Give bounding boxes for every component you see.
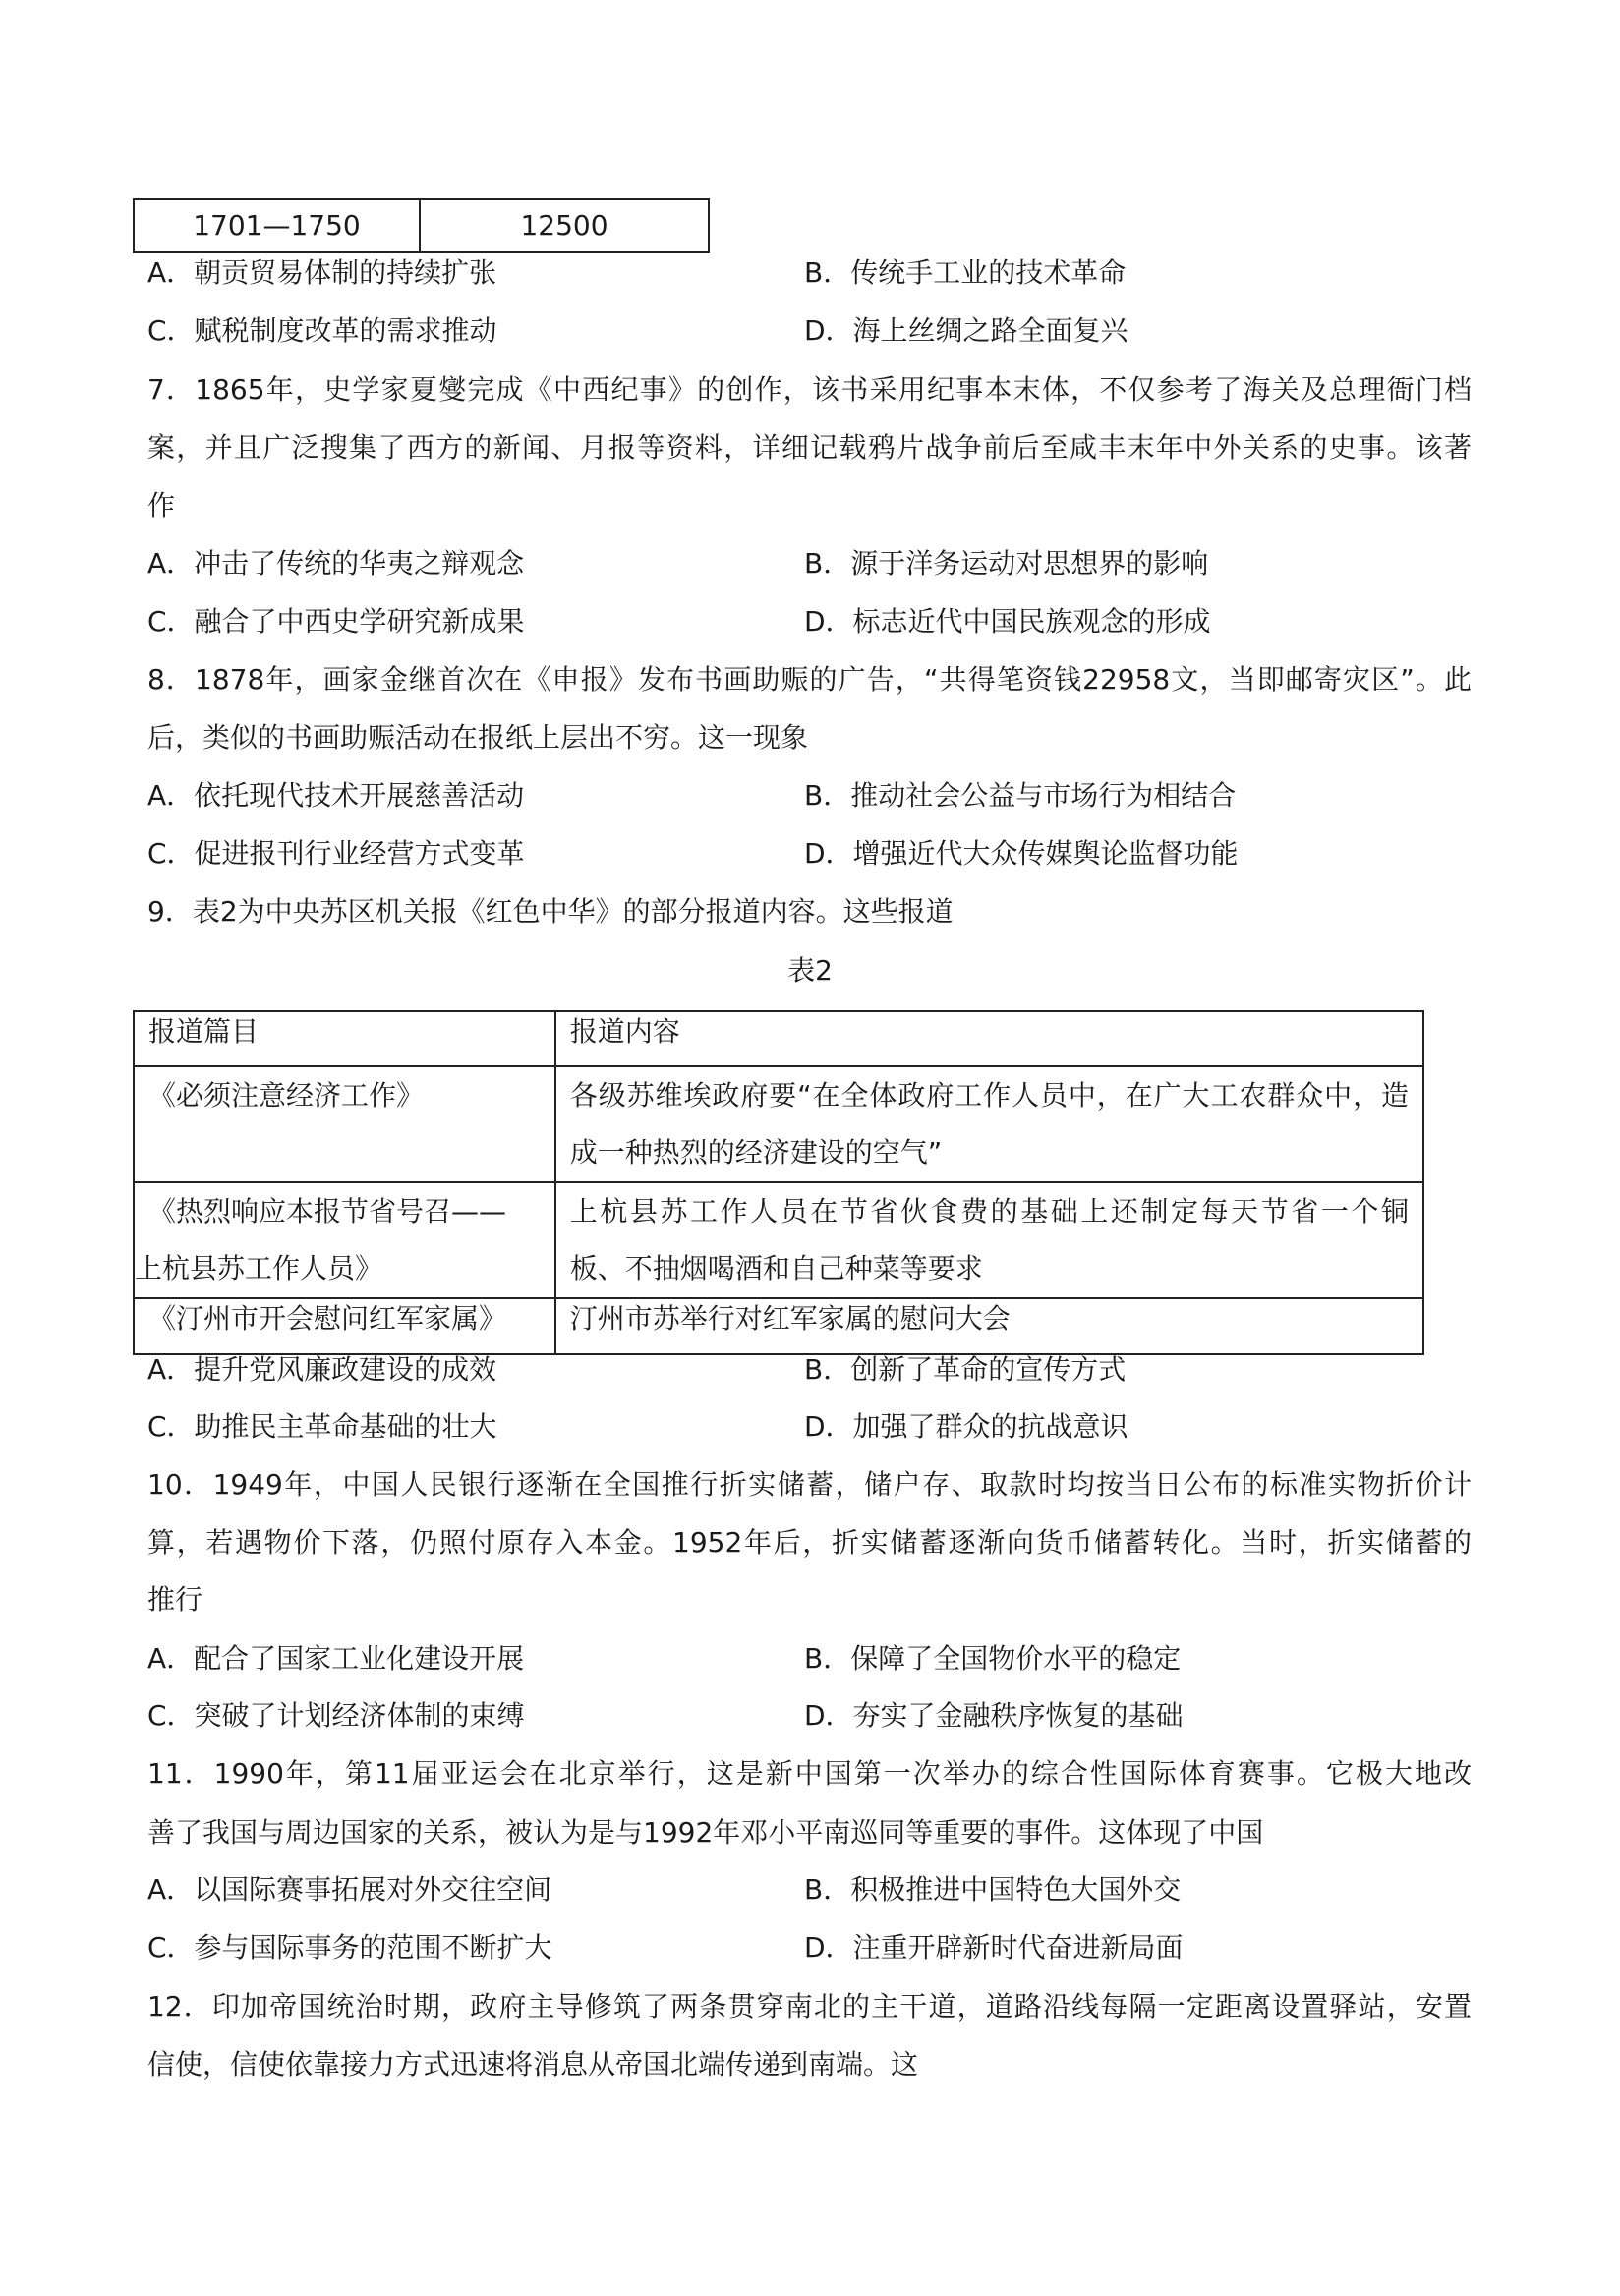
table-cell-title: 《汀州市开会慰问红军家属》 xyxy=(134,1298,555,1354)
q10-option-d: D．夯实了金融秩序恢复的基础 xyxy=(804,1696,1184,1736)
q6-option-d: D．海上丝绸之路全面复兴 xyxy=(804,312,1128,351)
q7-option-c: C．融合了中西史学研究新成果 xyxy=(147,603,525,642)
q7-stem-line-2: 案，并且广泛搜集了西方的新闻、月报等资料，详细记载鸦片战争前后至咸丰末年中外关系… xyxy=(147,429,1472,468)
q10-stem-line-1: 10．1949年，中国人民银行逐渐在全国推行折实储蓄，储户存、取款时均按当日公布… xyxy=(147,1465,1472,1505)
table-2: 报道篇目 报道内容 《必须注意经济工作》 各级苏维埃政府要“在全体政府工作人员中… xyxy=(133,1010,1424,1355)
cell-line: 上杭县苏工作人员》 xyxy=(135,1240,541,1297)
q7-option-d: D．标志近代中国民族观念的形成 xyxy=(804,603,1211,642)
q9-option-c: C．助推民主革命基础的壮大 xyxy=(147,1407,497,1447)
q8-stem-line-2: 后，类似的书画助赈活动在报纸上层出不穷。这一现象 xyxy=(147,718,808,758)
q8-option-c: C．促进报刊行业经营方式变革 xyxy=(147,834,525,874)
cell-line: 《热烈响应本报节省号召—— xyxy=(148,1183,541,1240)
table-header-content: 报道内容 xyxy=(555,1011,1423,1066)
q8-option-a: A．依托现代技术开展慈善活动 xyxy=(147,776,524,816)
q6-option-b: B．传统手工业的技术革命 xyxy=(804,254,1126,293)
q10-option-a: A．配合了国家工业化建设开展 xyxy=(147,1639,524,1679)
q8-option-d: D．增强近代大众传媒舆论监督功能 xyxy=(804,834,1239,874)
q8-option-b: B．推动社会公益与市场行为相结合 xyxy=(804,776,1236,816)
table-cell-content: 上杭县苏工作人员在节省伙食费的基础上还制定每天节省一个铜 板、不抽烟喝酒和自己种… xyxy=(555,1182,1423,1298)
q11-option-c: C．参与国际事务的范围不断扩大 xyxy=(147,1928,552,1968)
table-header-row: 报道篇目 报道内容 xyxy=(134,1011,1423,1066)
q9-option-a: A．提升党风廉政建设的成效 xyxy=(147,1350,496,1390)
table-header-title: 报道篇目 xyxy=(134,1011,555,1066)
cell-line: 《必须注意经济工作》 xyxy=(148,1067,541,1124)
q8-stem-line-1: 8．1878年，画家金继首次在《申报》发布书画助赈的广告，“共得笔资钱22958… xyxy=(147,660,1472,700)
table-2-caption: 表2 xyxy=(0,951,1620,991)
cell-line: 《汀州市开会慰问红军家属》 xyxy=(148,1299,541,1339)
q11-option-d: D．注重开辟新时代奋进新局面 xyxy=(804,1928,1184,1968)
q10-stem-line-2: 算，若遇物价下落，仍照付原存入本金。1952年后，折实储蓄逐渐向货币储蓄转化。当… xyxy=(147,1523,1472,1563)
q6-option-a: A．朝贡贸易体制的持续扩张 xyxy=(147,254,496,293)
q7-stem-line-3: 作 xyxy=(147,487,175,526)
q6-option-c: C．赋税制度改革的需求推动 xyxy=(147,312,497,351)
cell-line: 板、不抽烟喝酒和自己种菜等要求 xyxy=(570,1240,1409,1297)
table-cell-title: 《热烈响应本报节省号召—— 上杭县苏工作人员》 xyxy=(134,1182,555,1298)
q9-option-d: D．加强了群众的抗战意识 xyxy=(804,1407,1128,1447)
cell-line: 汀州市苏举行对红军家属的慰问大会 xyxy=(570,1299,1409,1339)
q9-option-b: B．创新了革命的宣传方式 xyxy=(804,1350,1126,1390)
q11-stem-line-2: 善了我国与周边国家的关系，被认为是与1992年邓小平南巡同等重要的事件。这体现了… xyxy=(147,1813,1263,1853)
q7-option-a: A．冲击了传统的华夷之辩观念 xyxy=(147,545,524,584)
table-cell-period: 1701—1750 xyxy=(134,199,420,252)
table-cell-content: 汀州市苏举行对红军家属的慰问大会 xyxy=(555,1298,1423,1354)
table-row: 《热烈响应本报节省号召—— 上杭县苏工作人员》 上杭县苏工作人员在节省伙食费的基… xyxy=(134,1182,1423,1298)
table-row: 《汀州市开会慰问红军家属》 汀州市苏举行对红军家属的慰问大会 xyxy=(134,1298,1423,1354)
q11-stem-line-1: 11．1990年，第11届亚运会在北京举行，这是新中国第一次举办的综合性国际体育… xyxy=(147,1754,1472,1794)
table-cell-content: 各级苏维埃政府要“在全体政府工作人员中，在广大工农群众中，造 成一种热烈的经济建… xyxy=(555,1066,1423,1182)
q9-stem-line-1: 9．表2为中央苏区机关报《红色中华》的部分报道内容。这些报道 xyxy=(147,892,954,932)
q7-option-b: B．源于洋务运动对思想界的影响 xyxy=(804,545,1208,584)
table-cell-title: 《必须注意经济工作》 xyxy=(134,1066,555,1182)
cell-line: 上杭县苏工作人员在节省伙食费的基础上还制定每天节省一个铜 xyxy=(570,1183,1409,1240)
q10-option-c: C．突破了计划经济体制的束缚 xyxy=(147,1696,525,1736)
q10-stem-line-3: 推行 xyxy=(147,1580,202,1620)
table-row: 《必须注意经济工作》 各级苏维埃政府要“在全体政府工作人员中，在广大工农群众中，… xyxy=(134,1066,1423,1182)
q10-option-b: B．保障了全国物价水平的稳定 xyxy=(804,1639,1181,1679)
q11-option-b: B．积极推进中国特色大国外交 xyxy=(804,1870,1181,1910)
table-1-fragment: 1701—1750 12500 xyxy=(133,198,710,253)
q12-stem-line-2: 信使，信使依靠接力方式迅速将消息从帝国北端传递到南端。这 xyxy=(147,2045,918,2085)
q12-stem-line-1: 12．印加帝国统治时期，政府主导修筑了两条贯穿南北的主干道，道路沿线每隔一定距离… xyxy=(147,1987,1472,2027)
q7-stem-line-1: 7．1865年，史学家夏燮完成《中西纪事》的创作，该书采用纪事本末体，不仅参考了… xyxy=(147,371,1472,410)
table-row: 1701—1750 12500 xyxy=(134,199,709,252)
cell-line: 各级苏维埃政府要“在全体政府工作人员中，在广大工农群众中，造 xyxy=(570,1067,1409,1124)
table-cell-value: 12500 xyxy=(420,199,709,252)
cell-line: 成一种热烈的经济建设的空气” xyxy=(570,1124,1409,1181)
q11-option-a: A．以国际赛事拓展对外交往空间 xyxy=(147,1870,551,1910)
